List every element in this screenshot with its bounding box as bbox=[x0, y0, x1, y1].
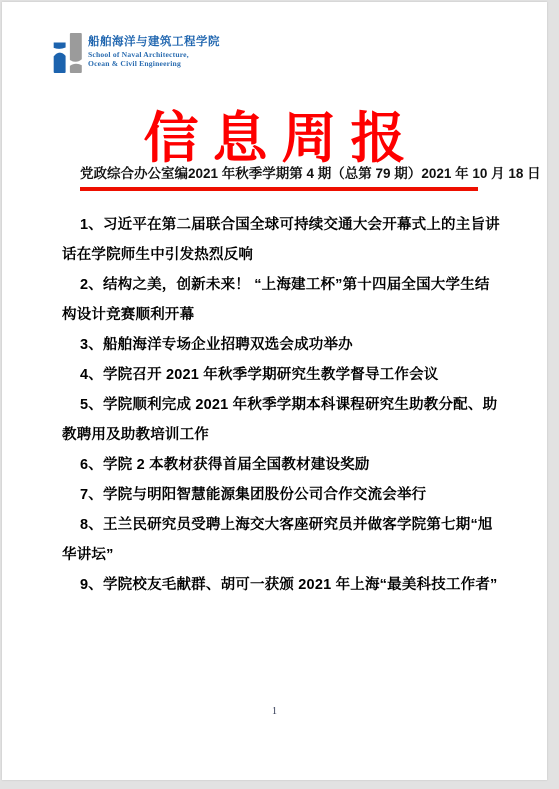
issue-info-line: 党政综合办公室编 2021 年秋季学期第 4 期（总第 79 期） 2021 年… bbox=[80, 162, 478, 191]
document-viewport: 船舶海洋与建筑工程学院 School of Naval Architecture… bbox=[0, 0, 559, 789]
issue-date: 2021 年 10 月 18 日 bbox=[421, 162, 540, 182]
headline-item: 3、船舶海洋专场企业招聘双选会成功举办 bbox=[62, 330, 502, 360]
headline-item: 7、学院与明阳智慧能源集团股份公司合作交流会举行 bbox=[62, 480, 502, 510]
page-number: 1 bbox=[2, 706, 547, 717]
headline-item: 5、学院顺利完成 2021 年秋季学期本科课程研究生助教分配、助教聘用及助教培训… bbox=[62, 390, 502, 450]
headline-item: 9、学院校友毛献群、胡可一获颁 2021 年上海“最美科技工作者” bbox=[62, 570, 502, 600]
headline-item: 8、王兰民研究员受聘上海交大客座研究员并做客学院第七期“旭华讲坛” bbox=[62, 510, 502, 570]
document-page: 船舶海洋与建筑工程学院 School of Naval Architecture… bbox=[2, 2, 547, 780]
issue-number: 2021 年秋季学期第 4 期（总第 79 期） bbox=[188, 162, 421, 182]
headline-item: 6、学院 2 本教材获得首届全国教材建设奖励 bbox=[62, 450, 502, 480]
school-logo: 船舶海洋与建筑工程学院 School of Naval Architecture… bbox=[52, 33, 220, 73]
school-name-block: 船舶海洋与建筑工程学院 School of Naval Architecture… bbox=[88, 33, 220, 68]
school-logo-icon bbox=[52, 33, 83, 73]
school-name-cn: 船舶海洋与建筑工程学院 bbox=[88, 36, 220, 49]
headline-list: 1、习近平在第二届联合国全球可持续交通大会开幕式上的主旨讲话在学院师生中引发热烈… bbox=[62, 210, 502, 600]
headline-item: 4、学院召开 2021 年秋季学期研究生教学督导工作会议 bbox=[62, 360, 502, 390]
issue-editor: 党政综合办公室编 bbox=[80, 162, 188, 182]
headline-item: 1、习近平在第二届联合国全球可持续交通大会开幕式上的主旨讲话在学院师生中引发热烈… bbox=[62, 210, 502, 270]
school-name-en: School of Naval Architecture, Ocean & Ci… bbox=[88, 51, 220, 68]
headline-item: 2、结构之美，创新未来！ “上海建工杯”第十四届全国大学生结构设计竞赛顺利开幕 bbox=[62, 270, 502, 330]
